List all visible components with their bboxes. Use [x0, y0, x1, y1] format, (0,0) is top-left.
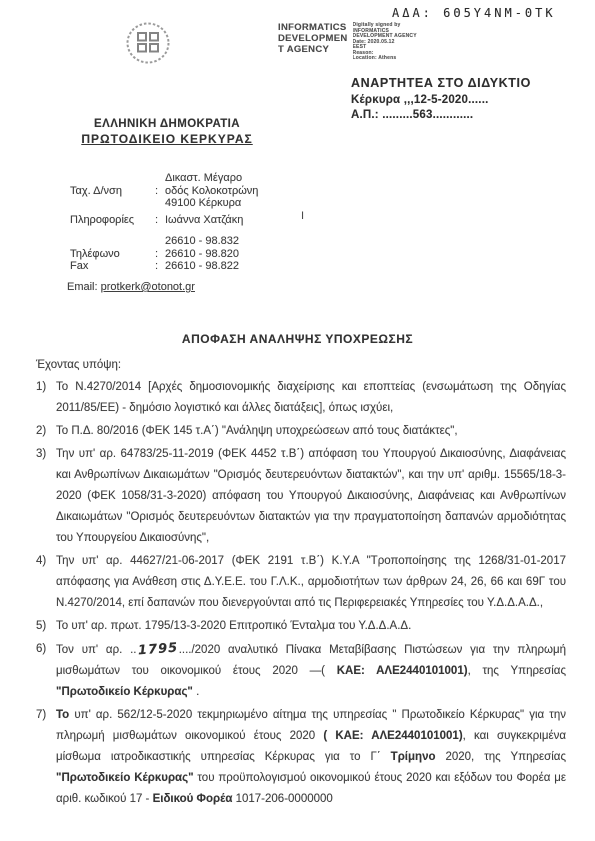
text-run: Την υπ' αρ. 44627/21-06-2017 (ΦΕΚ 2191 τ…	[56, 555, 566, 609]
text-run: Την υπ' αρ. 64783/25-11-2019 (ΦΕΚ 4452 τ…	[56, 448, 566, 544]
contact-row: Τηλέφωνο:26610 - 98.820	[70, 248, 258, 261]
list-item-number: 4)	[36, 551, 46, 572]
protocol-block: ΑΝΑΡΤΗΤΕΑ ΣΤΟ ΔΙΔΥΚΤΙΟ Κέρκυρα ,,,12-5-2…	[351, 76, 531, 124]
list-item-number: 6)	[36, 639, 46, 660]
list-item-number: 3)	[36, 444, 46, 465]
court-name: ΠΡΩΤΟΔΙΚΕΙΟ ΚΕΡΚΥΡΑΣ	[50, 132, 284, 146]
text-run: Το υπ' αρ. πρωτ. 1795/13-3-2020 Επιτροπι…	[56, 620, 411, 632]
digital-signature-stamp: INFORMATICSDEVELOPMENT AGENCY Digitally …	[278, 22, 433, 62]
list-item: 1)Το Ν.4270/2014 [Αρχές δημοσιονομικής δ…	[36, 377, 566, 419]
contact-sep: :	[155, 185, 165, 198]
text-run: Ειδικού Φορέα	[153, 793, 233, 805]
contact-value: οδός Κολοκοτρώνη	[165, 185, 258, 198]
contact-value: 49100 Κέρκυρα	[165, 197, 258, 210]
list-item-number: 2)	[36, 421, 46, 442]
text-line: T AGENCY	[278, 44, 348, 55]
ada-code: ΑΔΑ: 6Θ5Υ4ΝΜ-0ΤΚ	[392, 6, 556, 20]
text-run: , της Υπηρεσίας	[468, 665, 566, 677]
contact-label: Ταχ. Δ/νση	[70, 185, 155, 198]
contact-sep: :	[155, 214, 165, 227]
contact-row: Δικαστ. Μέγαρο	[70, 172, 258, 185]
handwritten-number: 1795	[136, 638, 180, 662]
text-run: .	[193, 686, 199, 698]
contact-sep: :	[155, 248, 165, 261]
coat-of-arms-icon	[125, 22, 171, 71]
republic-title: ΕΛΛΗΝΙΚΗ ΔΗΜΟΚΡΑΤΙΑ	[50, 118, 284, 130]
text-run: Το	[56, 709, 74, 721]
text-run: ( ΚΑΕ: ΑΛΕ2440101001)	[323, 730, 462, 742]
email-address: protkerk@otonot.gr	[101, 281, 195, 293]
list-item: 5)Το υπ' αρ. πρωτ. 1795/13-3-2020 Επιτρο…	[36, 616, 566, 637]
stamp-signature-details: Digitally signed byINFORMATICSDEVELOPMEN…	[353, 22, 433, 62]
contact-label: Πληροφορίες	[70, 214, 155, 227]
email-label: Email:	[67, 281, 98, 293]
contact-row: Πληροφορίες:Ιωάννα Χατζάκη	[70, 214, 258, 227]
contact-row: 49100 Κέρκυρα	[70, 197, 258, 210]
contact-value: 26610 - 98.822	[165, 260, 258, 273]
text-run: 1017-206-0000000	[232, 793, 332, 805]
contact-row: Fax:26610 - 98.822	[70, 260, 258, 273]
contact-sep	[155, 235, 165, 248]
email-line: Email: protkerk@otonot.gr	[67, 281, 195, 293]
place-date-line: Κέρκυρα ,,,12-5-2020......	[351, 94, 531, 106]
contact-label: Fax	[70, 260, 155, 273]
list-item: 3)Την υπ' αρ. 64783/25-11-2019 (ΦΕΚ 4452…	[36, 444, 566, 549]
contact-label	[70, 235, 155, 248]
text-run: 2020, της Υπηρεσίας	[436, 751, 567, 763]
document-title: ΑΠΟΦΑΣΗ ΑΝΑΛΗΨΗΣ ΥΠΟΧΡΕΩΣΗΣ	[0, 332, 595, 346]
text-run: Τρίμηνο	[391, 751, 436, 763]
contact-details: Δικαστ. ΜέγαροΤαχ. Δ/νση:οδός Κολοκοτρών…	[70, 172, 258, 273]
list-item-number: 7)	[36, 705, 46, 726]
contact-row: Ταχ. Δ/νση:οδός Κολοκοτρώνη	[70, 185, 258, 198]
issuing-authority: ΕΛΛΗΝΙΚΗ ΔΗΜΟΚΡΑΤΙΑ ΠΡΩΤΟΔΙΚΕΙΟ ΚΕΡΚΥΡΑΣ	[50, 118, 284, 146]
web-posting-note: ΑΝΑΡΤΗΤΕΑ ΣΤΟ ΔΙΔΥΚΤΙΟ	[351, 76, 531, 90]
text-run: "Πρωτοδικείο Κέρκυρας"	[56, 686, 193, 698]
contact-sep: :	[155, 260, 165, 273]
contact-value: Δικαστ. Μέγαρο	[165, 172, 258, 185]
contact-value: 26610 - 98.832	[165, 235, 258, 248]
contact-row: 26610 - 98.832	[70, 235, 258, 248]
contact-sep	[155, 172, 165, 185]
document-page: ΑΔΑ: 6Θ5Υ4ΝΜ-0ΤΚ INFORMATICSDEVELOPMENT …	[0, 0, 595, 841]
list-item: 4)Την υπ' αρ. 44627/21-06-2017 (ΦΕΚ 2191…	[36, 551, 566, 614]
text-run: ΚΑΕ: ΑΛΕ2440101001)	[337, 665, 468, 677]
text-line: INFORMATICS	[278, 22, 348, 33]
contact-sep	[155, 197, 165, 210]
stamp-agency-name: INFORMATICSDEVELOPMENT AGENCY	[278, 22, 348, 62]
text-line: Location: Athens	[353, 56, 433, 62]
list-item-number: 1)	[36, 377, 46, 398]
list-item: 7)Το υπ' αρ. 562/12-5-2020 τεκμηριωμένο …	[36, 705, 566, 810]
list-item: 2)Το Π.Δ. 80/2016 (ΦΕΚ 145 τ.Α΄) "Ανάληψ…	[36, 421, 566, 442]
text-run: "Πρωτοδικείο Κέρκυρας"	[56, 772, 194, 784]
text-run: Τον υπ' αρ. ..	[56, 644, 137, 656]
protocol-number-line: Α.Π.: .........563............	[351, 109, 531, 121]
contact-label	[70, 197, 155, 210]
text-run: Το Π.Δ. 80/2016 (ΦΕΚ 145 τ.Α΄) "Ανάληψη …	[56, 425, 458, 437]
preamble-label: Έχοντας υπόψη:	[36, 359, 121, 371]
text-line: DEVELOPMEN	[278, 33, 348, 44]
list-item-number: 5)	[36, 616, 46, 637]
contact-label	[70, 172, 155, 185]
contact-value: Ιωάννα Χατζάκη	[165, 214, 258, 227]
list-item: 6)Τον υπ' αρ. ..1795..../2020 αναλυτικό …	[36, 639, 566, 703]
considerations-list: 1)Το Ν.4270/2014 [Αρχές δημοσιονομικής δ…	[36, 377, 566, 812]
text-run: Το Ν.4270/2014 [Αρχές δημοσιονομικής δια…	[56, 381, 566, 414]
scan-artifact: Ι	[301, 210, 304, 222]
contact-value: 26610 - 98.820	[165, 248, 258, 261]
contact-label: Τηλέφωνο	[70, 248, 155, 261]
